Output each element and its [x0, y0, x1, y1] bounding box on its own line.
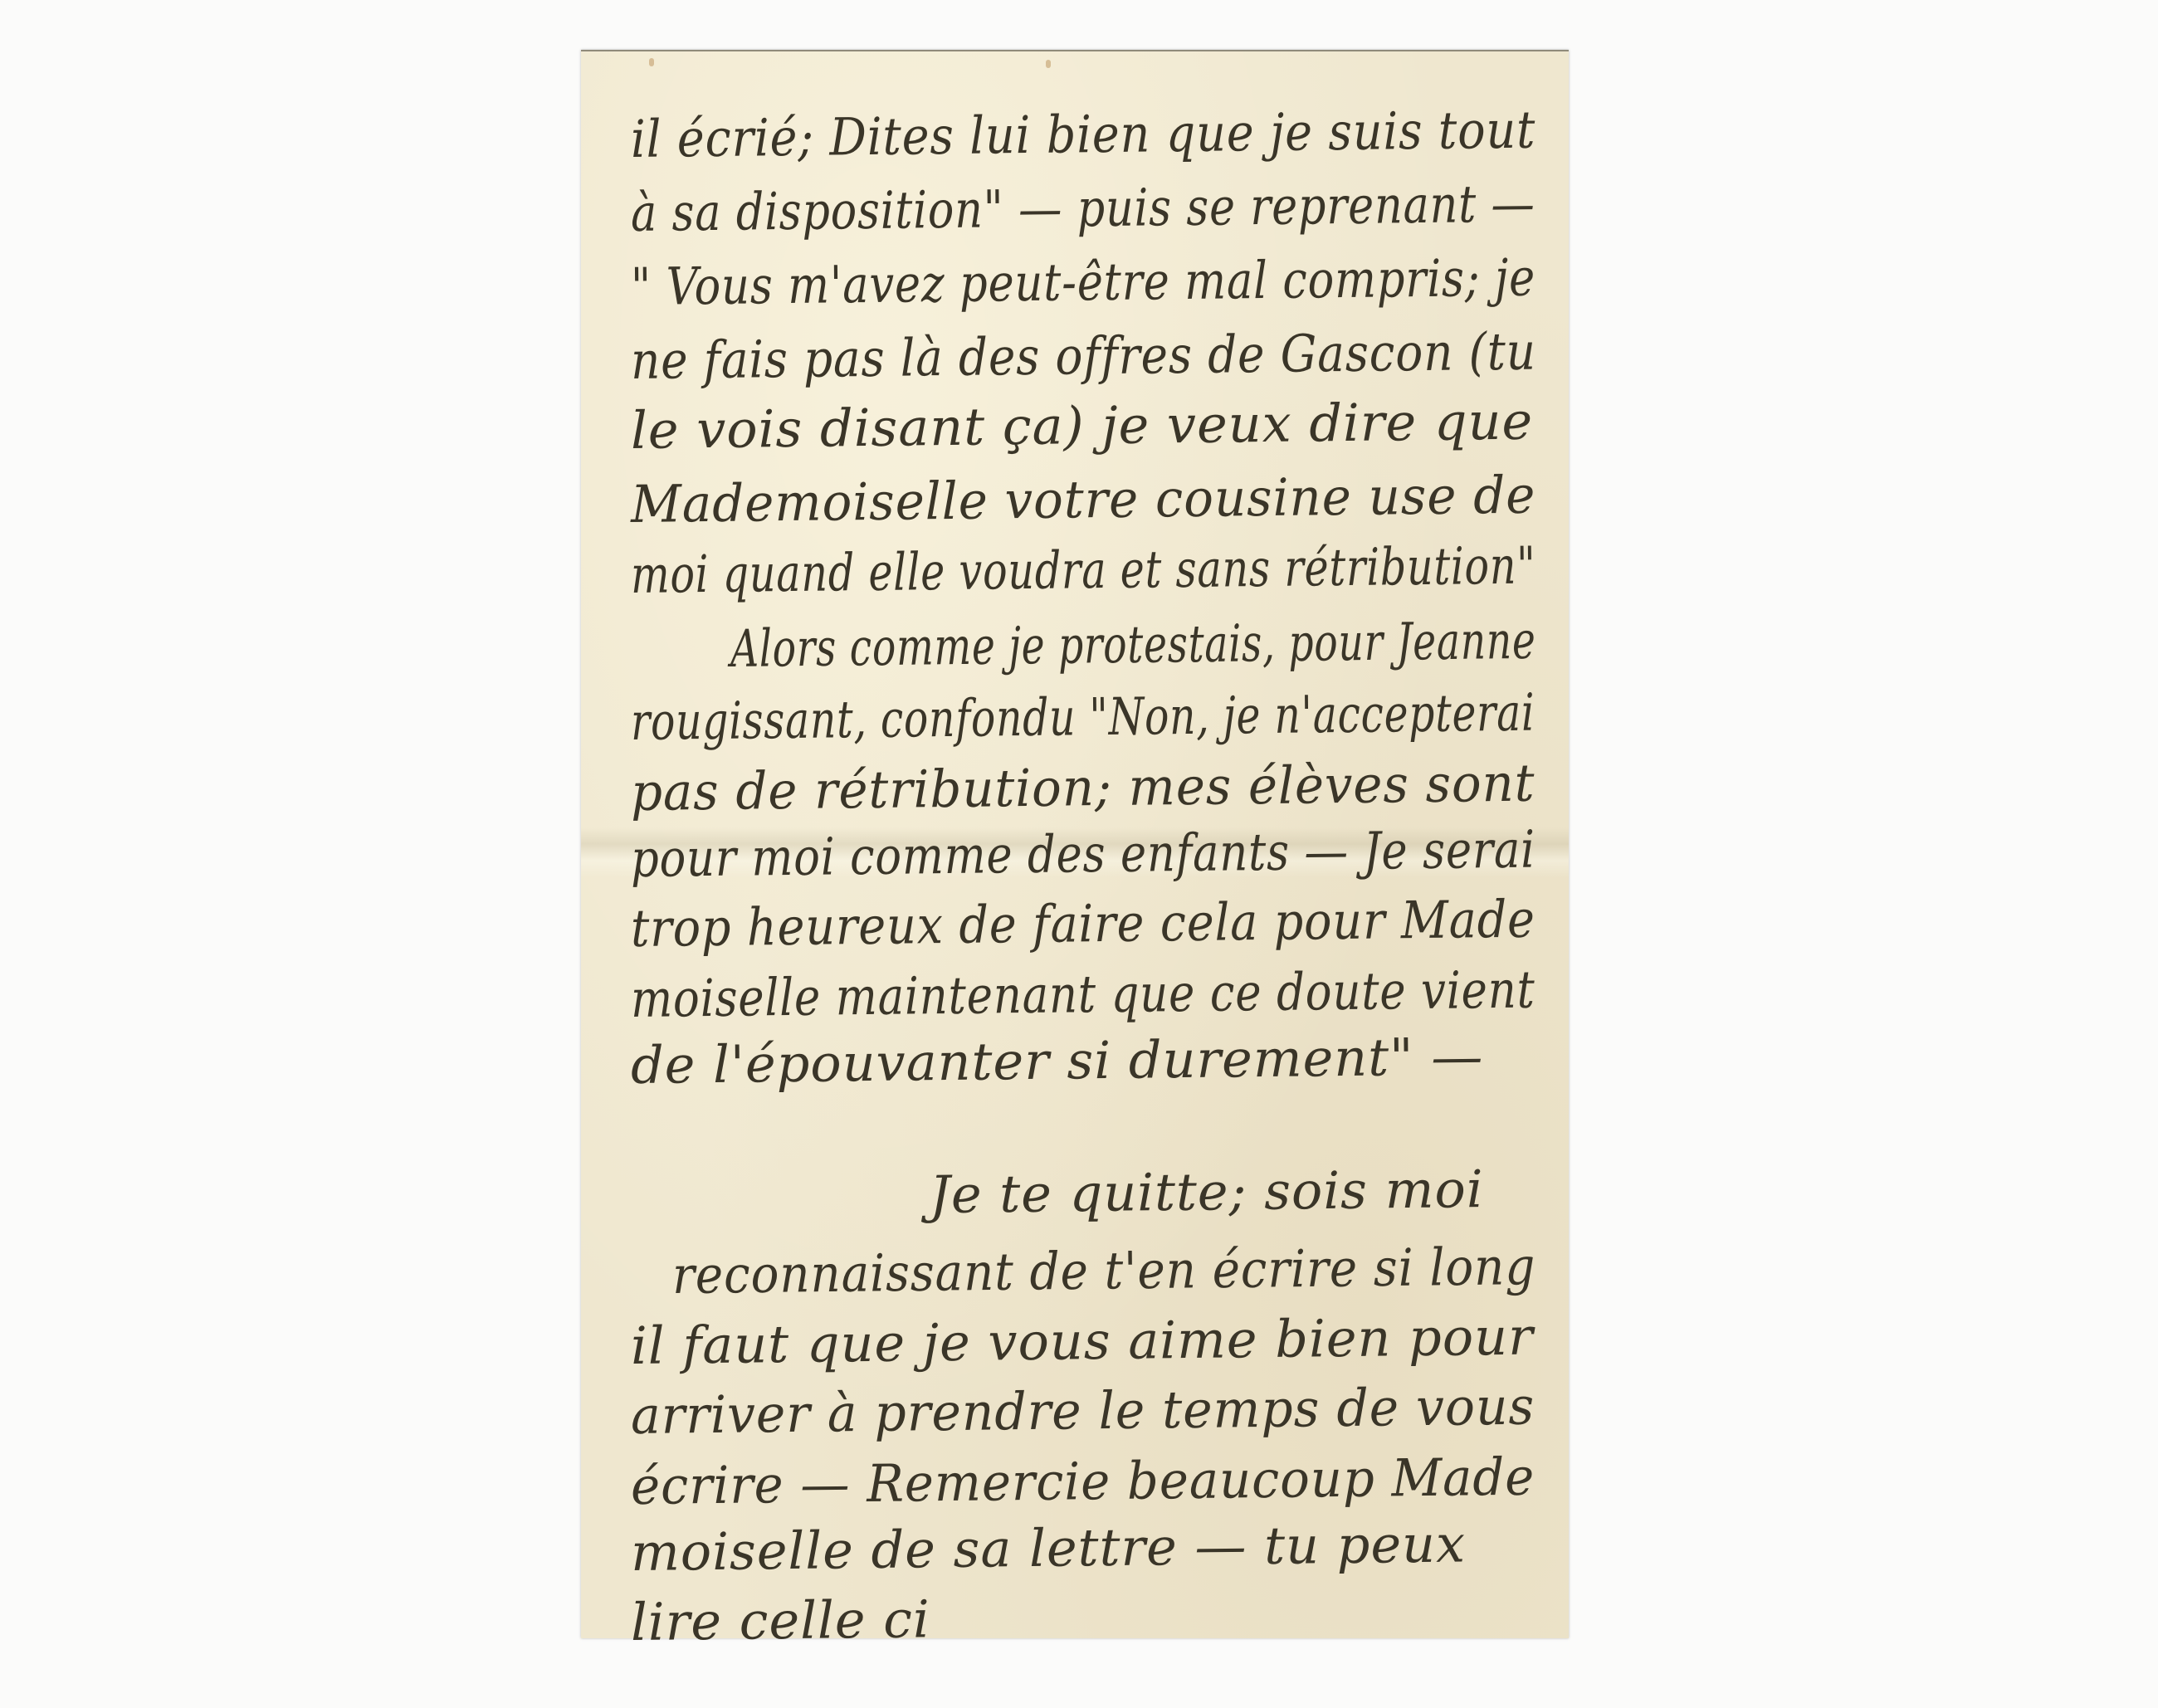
letter-page: il écrié; Dites lui bien que je suis tou… — [581, 50, 1569, 1638]
text-line: Mademoiselle votre cousine use de — [631, 465, 1536, 534]
text-line: il écrié; Dites lui bien que je suis tou… — [631, 100, 1536, 169]
text-line: reconnaissant de t'en écrire si long — [672, 1237, 1536, 1306]
text-line: ne fais pas là des offres de Gascon (tu — [631, 320, 1537, 390]
text-line: Alors comme je protestais, pour Jeanne — [730, 609, 1536, 678]
text-line: pas de rétribution; mes élèves sont — [631, 753, 1535, 822]
text-line: à sa disposition" — puis se reprenant — — [631, 173, 1535, 242]
text-line: écrire — Remercie beaucoup Made — [631, 1447, 1535, 1516]
text-line: rougissant, confondu "Non, je n'accepter… — [631, 682, 1535, 752]
text-line: pour moi comme des enfants — Je serai — [631, 819, 1536, 889]
paper-stain — [649, 58, 654, 66]
text-line: " Vous m'avez peut-être mal compris; je — [631, 246, 1536, 316]
text-line: moiselle de sa lettre — tu peux — [631, 1513, 1467, 1583]
text-line: Je te quitte; sois moi — [930, 1159, 1484, 1225]
text-line: le vois disant ça) je veux dire que — [631, 391, 1534, 461]
text-line: trop heureux de faire cela pour Made — [631, 889, 1536, 959]
text-line: arriver à prendre le temps de vous — [631, 1376, 1535, 1446]
text-line: il faut que je vous aime bien pour — [631, 1306, 1534, 1376]
paper-stain — [1046, 60, 1051, 68]
text-line: de l'épouvanter si durement" — — [631, 1026, 1484, 1096]
text-line: moi quand elle voudra et sans rétributio… — [631, 534, 1536, 604]
text-line: moiselle maintenant que ce doute vient — [631, 959, 1535, 1029]
text-line: lire celle ci — [631, 1589, 930, 1653]
